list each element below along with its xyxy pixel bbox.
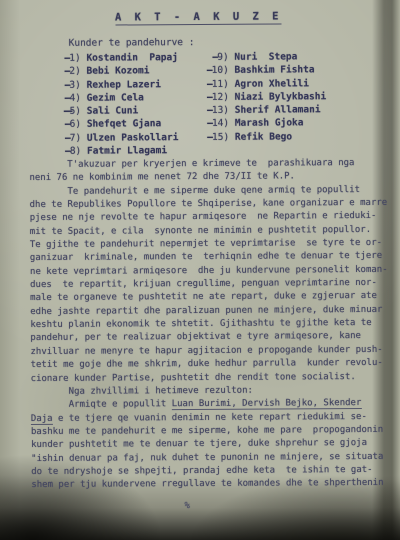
defendant-numbox: —15) <box>197 132 229 143</box>
defendant-number: 2) <box>69 66 81 77</box>
defendant-name: Sali Cuni <box>81 106 138 117</box>
body-text: kunder pushtetit me te denuar te tjere, … <box>31 438 367 450</box>
defendant-name: Ulzen Paskollari <box>81 132 178 144</box>
defendant-numbox: —8) <box>49 146 81 157</box>
defendant-number: 4) <box>69 93 81 104</box>
defendant-number: 13) <box>212 105 229 116</box>
defendant-number: 15) <box>212 132 229 143</box>
defendant-name: Refik Bego <box>229 131 292 142</box>
body-line: shem per tju kundervene rregullave te ko… <box>31 477 398 493</box>
page-mark: % <box>184 501 189 511</box>
body-text: "ishin denuar pa faj, nuk duhet te punon… <box>31 451 383 463</box>
underlined-name: Luan Burimi, Dervish Bejko, Skender <box>172 398 362 410</box>
body-text: neni 76 ne kombinim me nenet 72 dhe 73/I… <box>29 172 295 184</box>
defendant-numbox: —13) <box>197 105 229 116</box>
body-text: shem per tju kundervene rregullave te ko… <box>31 478 383 490</box>
document-page: A K T - A K U Z E Kunder te pandehurve :… <box>0 0 400 540</box>
defendant-name: Bashkim Fishta <box>229 65 315 77</box>
defendant-name: Nuri Stepa <box>229 51 298 62</box>
defendant-number: 9) <box>217 52 229 63</box>
defendant-name: Niazi Bylykbashi <box>229 91 326 103</box>
defendant-entry: —12) Niazi Bylykbashi <box>197 91 326 103</box>
defendant-numbox: —4) <box>49 93 81 104</box>
defendant-entry: —7) Ulzen Paskollari <box>49 132 178 144</box>
defendant-name: Fatmir Llagami <box>81 145 167 157</box>
defendant-numbox: —6) <box>49 119 81 130</box>
defendant-numbox: —1) <box>49 53 81 64</box>
defendant-number: 1) <box>69 53 81 64</box>
body-text: pandehur, per te realizuar objektivat e … <box>30 331 361 343</box>
document-title-text: A K T - A K U Z E <box>115 10 282 25</box>
defendant-entry: —11) Agron Xhelili <box>197 78 309 90</box>
defendant-number: 11) <box>212 78 229 89</box>
defendant-number: 6) <box>70 119 82 130</box>
body-text: mit te Spacit, e cila synonte ne minimin… <box>30 225 371 237</box>
underlined-name: Daja <box>31 413 53 424</box>
defendant-number: 10) <box>212 65 229 76</box>
defendant-number: 3) <box>69 79 81 90</box>
defendant-name: Bebi Kozomi <box>81 66 150 77</box>
defendant-entry: —8) Fatmir Llagami <box>49 145 167 157</box>
defendant-entry: —13) Sherif Allamani <box>197 104 321 116</box>
defendant-entry: —1) Kostandin Papaj <box>49 52 178 64</box>
defendant-numbox: —9) <box>197 52 229 63</box>
defendant-name: Marash Gjoka <box>229 118 303 129</box>
body-text: T'akuzuar per kryerjen e krimeve te para… <box>29 158 354 170</box>
body-text: dhe te Republikes Popullore te Shqiperis… <box>30 198 388 210</box>
body-text: edhe jashte repartit dhe paralizuan pune… <box>30 305 382 317</box>
body-text: keshtu planin ekonomik te shtetit. Gjith… <box>30 318 371 330</box>
body-text: Armiqte e popullit <box>31 399 172 410</box>
defendant-name: Gezim Cela <box>81 92 144 103</box>
defendant-entry: —15) Refik Bego <box>197 131 292 143</box>
defendant-numbox: —5) <box>49 106 81 117</box>
defendants-heading: Kunder te pandehurve : <box>69 37 195 49</box>
defendants-list: —1) Kostandin Papaj—9) Nuri Stepa—2) Beb… <box>0 51 399 160</box>
defendant-numbox: —14) <box>197 118 229 129</box>
defendant-name: Agron Xhelili <box>229 78 309 89</box>
defendant-name: Sherif Allamani <box>229 104 321 116</box>
body-line: T'akuzuar per kryerjen e krimeve te para… <box>29 157 396 173</box>
defendant-numbox: —11) <box>197 78 229 89</box>
pen-mark: — <box>64 106 71 117</box>
document-title: A K T - A K U Z E <box>0 10 398 24</box>
body-text: ne kete veprimtari armiqesore dhe ju kun… <box>30 265 388 277</box>
body-text: Nga zhvillimi i hetimeve rezulton: <box>31 386 253 397</box>
defendant-numbox: —2) <box>49 66 81 77</box>
body-text: pjese ne nje revolte te hapur armiqesore… <box>30 211 377 223</box>
body-text: male te organeve te pushtetit ne ate rep… <box>30 291 377 303</box>
body-text: ganizuar kriminale, munden te terhiqnin … <box>30 251 382 263</box>
defendant-numbox: —3) <box>49 79 81 90</box>
defendant-entry: —9) Nuri Stepa <box>197 51 298 63</box>
defendant-entry: —5) Sali Cuni <box>49 106 138 118</box>
defendant-number: 14) <box>212 118 229 129</box>
defendant-name: Rexhep Lazeri <box>81 79 161 90</box>
body-text: tetit me goje dhe me shkrim, duke hedhur… <box>31 358 383 370</box>
defendant-name: Kostandin Papaj <box>81 52 178 64</box>
body-text: zhvilluar ne menyre te hapur agjitacion … <box>30 345 382 357</box>
defendant-numbox: —10) <box>197 65 229 76</box>
defendant-name: Shefqet Gjana <box>81 119 161 130</box>
defendant-entry: —14) Marash Gjoka <box>197 118 303 130</box>
defendant-entry: —10) Bashkim Fishta <box>197 65 315 77</box>
body-text: Te gjithe te pandehurit nepermjet te vep… <box>30 238 382 250</box>
defendant-entry: —6) Shefqet Gjana <box>49 119 161 131</box>
defendant-number: 7) <box>70 133 82 144</box>
defendant-number: 12) <box>212 92 229 103</box>
document-photo: A K T - A K U Z E Kunder te pandehurve :… <box>0 0 400 540</box>
body-text: e te tjere qe vuanin denimin ne kete rep… <box>53 412 367 424</box>
defendant-entry: —3) Rexhep Lazeri <box>49 79 161 91</box>
defendant-number: 8) <box>70 146 82 157</box>
body-text: bashku me te pandehurit e me siperme, ko… <box>31 425 383 437</box>
body-text: cionare kunder Partise, pushtetit dhe re… <box>31 372 356 384</box>
defendant-numbox: —7) <box>49 133 81 144</box>
document-body: T'akuzuar per kryerjen e krimeve te para… <box>29 157 398 493</box>
body-text: Te pandehurit e me siperme duke qene arm… <box>29 185 360 197</box>
body-line: cionare kunder Partise, pushtetit dhe re… <box>31 370 398 386</box>
defendant-numbox: —12) <box>197 92 229 103</box>
defendant-entry: —2) Bebi Kozomi <box>49 66 150 78</box>
defendant-entry: —4) Gezim Cela <box>49 92 144 104</box>
body-text: dues te repartit, krijuan cregullime, pe… <box>30 278 377 290</box>
body-text: do te ndryshoje se shpejti, prandaj edhe… <box>31 465 372 477</box>
